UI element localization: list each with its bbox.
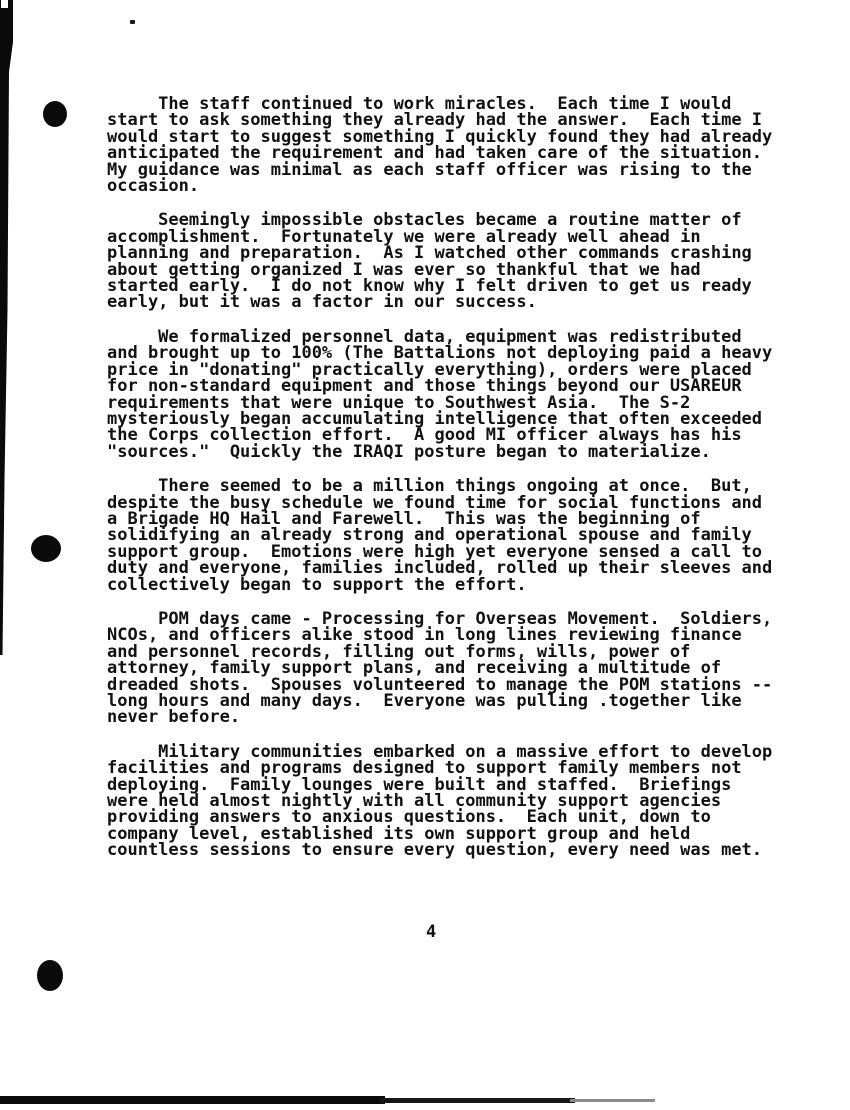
left-edge-notch	[1, 0, 8, 8]
paragraph-5: POM days came - Processing for Overseas …	[107, 611, 807, 726]
bottom-scan-bar-tail	[570, 1099, 655, 1102]
paragraph-1: The staff continued to work miracles. Ea…	[107, 96, 807, 194]
hole-punch-mark-middle	[31, 535, 61, 562]
bottom-scan-bar-fade	[380, 1098, 575, 1103]
hole-punch-mark-top	[43, 101, 67, 127]
left-edge-scan-artifact	[0, 0, 14, 655]
page-number: 4	[426, 924, 436, 940]
paragraph-6: Military communities embarked on a massi…	[107, 744, 807, 859]
document-text: The staff continued to work miracles. Ea…	[107, 96, 807, 877]
hole-punch-mark-bottom	[37, 960, 63, 991]
bottom-scan-bar	[0, 1096, 385, 1104]
speck-mark	[130, 20, 135, 24]
paragraph-3: We formalized personnel data, equipment …	[107, 329, 807, 460]
paragraph-4: There seemed to be a million things ongo…	[107, 478, 807, 593]
paragraph-2: Seemingly impossible obstacles became a …	[107, 212, 807, 310]
scanned-page: The staff continued to work miracles. Ea…	[0, 0, 850, 1110]
